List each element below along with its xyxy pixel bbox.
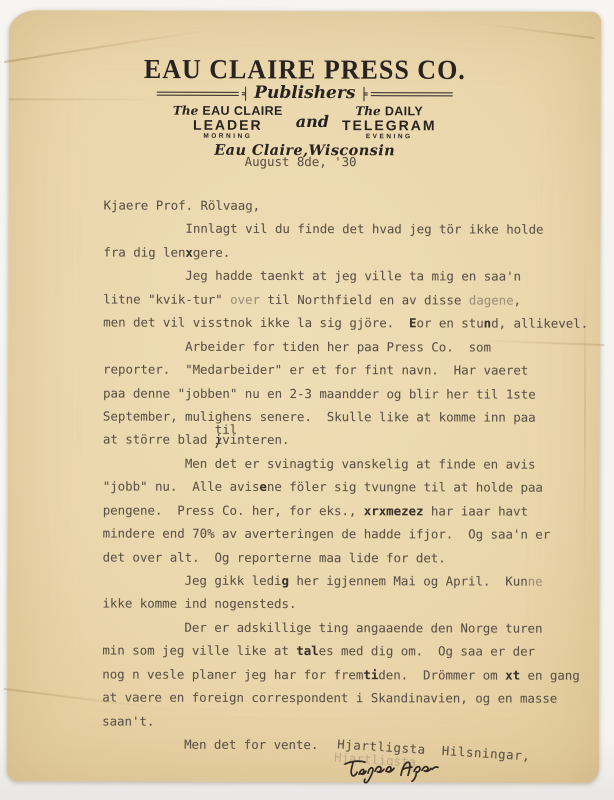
letter-line: September, mulighens senere. Skulle like… — [103, 404, 588, 429]
banner-rule-left — [157, 91, 239, 95]
letter-line: Arbeider for tiden her paa Press Co. som — [103, 334, 588, 359]
letter-line: Der er adskillige ting angaaende den Nor… — [102, 615, 587, 640]
letter-line: pengene. Press Co. her, for eks., xrxmez… — [103, 498, 588, 523]
newspapers-row: The EAU CLAIRE LEADER MORNING and The DA… — [9, 104, 601, 142]
letter-line: at större blad tilivinteren. — [103, 428, 588, 453]
letter-line: Men det er svinagtig vanskelig at finde … — [103, 451, 588, 476]
newspaper-right-name: DAILY — [385, 104, 423, 118]
publishers-banner: ╡ Publishers ╞ — [157, 85, 453, 103]
letter-line: Jeg gikk ledig her igjennem Mai og April… — [102, 568, 587, 593]
letter-line: saan't. — [102, 709, 587, 734]
and-conjunction: and — [296, 112, 329, 141]
letter-line: ikke komme ind nogensteds. — [102, 592, 587, 617]
letter-body: Kjaere Prof. Rölvaag,Innlagt vil du find… — [102, 193, 588, 757]
letter-line: min som jeg ville like at tales med dig … — [102, 639, 587, 664]
banner-rule-right — [371, 92, 453, 96]
letter-line: men det vil visstnok ikke la sig gjöre. … — [103, 311, 588, 336]
newspaper-right-name2: TELEGRAM — [342, 118, 437, 133]
newspaper-left-name: EAU CLAIRE — [202, 104, 282, 118]
company-name: EAU CLAIRE PRESS CO. — [9, 53, 601, 86]
banner-bracket-left: ╡ — [242, 87, 249, 99]
newspaper-left-edition: MORNING — [173, 134, 283, 141]
the-script: The — [173, 104, 203, 118]
scan-background: EAU CLAIRE PRESS CO. ╡ Publishers ╞ The … — [0, 0, 614, 800]
struck-character: i — [215, 432, 223, 447]
letter-line: fra dig lenxgere. — [103, 240, 588, 265]
date-line: August 8de, '30 — [245, 154, 357, 169]
letter-paper: EAU CLAIRE PRESS CO. ╡ Publishers ╞ The … — [7, 10, 601, 783]
paper-crease — [9, 98, 169, 100]
the-script: The — [355, 104, 385, 118]
letter-line: reporter. "Medarbeider" er et for fint n… — [103, 358, 588, 383]
letter-line: mindere end 70% av averteringen de hadde… — [103, 522, 588, 547]
letterhead: EAU CLAIRE PRESS CO. ╡ Publishers ╞ The … — [9, 10, 601, 12]
publishers-label: Publishers — [252, 85, 357, 102]
newspaper-left-name2: LEADER — [173, 118, 283, 133]
banner-bracket-right: ╞ — [360, 88, 367, 100]
letter-line: det over alt. Og reporterne maa lide for… — [103, 545, 588, 570]
letter-line: paa denne "jobben" nu en 2-3 maandder og… — [103, 381, 588, 406]
newspaper-right-edition: EVENING — [342, 134, 437, 141]
letter-line: Kjaere Prof. Rölvaag, — [103, 193, 588, 218]
letter-line: litne "kvik-tur" over til Northfield en … — [103, 287, 588, 312]
letter-line: Innlagt vil du finde det hvad jeg tör ik… — [103, 217, 588, 242]
letter-line: nog n vesle planer jeg har for fremtiden… — [102, 662, 587, 687]
signature-handwriting — [338, 754, 444, 784]
letter-line: Jeg hadde taenkt at jeg ville ta mig en … — [103, 264, 588, 289]
newspaper-left: The EAU CLAIRE LEADER MORNING — [173, 105, 283, 141]
letter-line: "jobb" nu. Alle avisene föler sig tvungn… — [103, 475, 588, 500]
paper-crease — [475, 22, 594, 39]
letter-line: at vaere en foreign correspondent i Skan… — [102, 686, 587, 711]
newspaper-right: The DAILY TELEGRAM EVENING — [342, 105, 437, 141]
